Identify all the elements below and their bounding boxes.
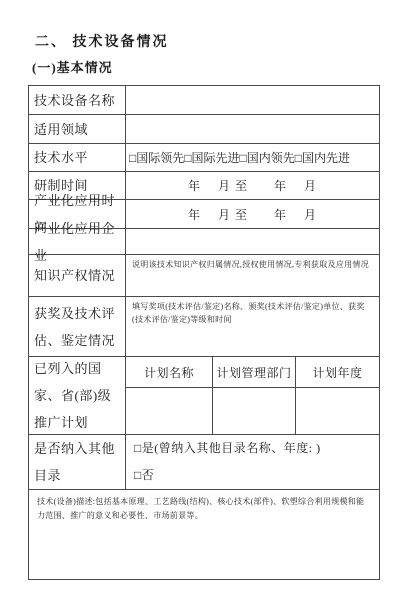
plan-name-cell <box>126 387 212 434</box>
row-promotion-plans: 已列入的国家、省(部)级推广计划 计划名称 计划管理部门 计划年度 <box>29 356 379 434</box>
row-industrialization-enterprise: 产业化应用企业 <box>29 228 379 254</box>
awards-appraisal-hint: 填写奖项(技术评估/鉴定)名称、颁奖(技术评估/鉴定)单位、获奖(技术评估/鉴定… <box>126 297 379 356</box>
promotion-plans-grid: 计划名称 计划管理部门 计划年度 <box>126 357 379 434</box>
industrialization-time-value: 年 月 至 年 月 <box>126 200 379 228</box>
equipment-description-hint: 技术(设备)描述:包括基本原理、工艺路线(结构)、核心技术(部件)、软塑综合利用… <box>29 490 379 579</box>
equipment-name-label: 技术设备名称 <box>29 86 126 114</box>
industrialization-enterprise-label: 产业化应用企业 <box>29 229 126 254</box>
checkbox-option-yes: □是(曾纳入其他目录名称、年度: ) <box>134 435 321 462</box>
row-tech-level: 技术水平 □国际领先 □国际先进 □国内领先 □国内先进 <box>29 143 379 171</box>
section-subheading: (一)基本情况 <box>32 57 113 76</box>
page-heading: 二、 技术设备情况 <box>35 31 169 51</box>
other-catalog-options: □是(曾纳入其他目录名称、年度: ) □否 <box>126 435 379 489</box>
tech-level-label: 技术水平 <box>29 144 126 171</box>
row-equipment-name: 技术设备名称 <box>29 86 379 114</box>
basic-info-table: 技术设备名称 适用领域 技术水平 □国际领先 □国际先进 □国内领先 □国内先进… <box>28 85 380 580</box>
development-time-value: 年 月 至 年 月 <box>126 172 379 199</box>
ip-status-label: 知识产权情况 <box>29 255 126 296</box>
plan-year-cell <box>295 387 379 434</box>
ip-status-hint: 说明该技术知识产权归属情况,授权使用情况,专利获取及应用情况 <box>126 255 379 296</box>
applicable-field-label: 适用领域 <box>29 115 126 143</box>
checkbox-option-intl-leading: □国际领先 <box>129 149 184 166</box>
equipment-name-value <box>126 86 379 114</box>
form-page: 二、 技术设备情况 (一)基本情况 技术设备名称 适用领域 技术水平 □国际领先… <box>0 0 401 606</box>
plan-department-header: 计划管理部门 <box>212 357 295 387</box>
row-applicable-field: 适用领域 <box>29 114 379 143</box>
checkbox-option-intl-advanced: □国际先进 <box>184 149 239 166</box>
plan-name-header: 计划名称 <box>126 357 212 387</box>
awards-appraisal-label: 获奖及技术评估、鉴定情况 <box>29 297 126 356</box>
row-description: 技术(设备)描述:包括基本原理、工艺路线(结构)、核心技术(部件)、软塑综合利用… <box>29 489 379 579</box>
row-other-catalog: 是否纳入其他目录 □是(曾纳入其他目录名称、年度: ) □否 <box>29 434 379 489</box>
row-awards-appraisal: 获奖及技术评估、鉴定情况 填写奖项(技术评估/鉴定)名称、颁奖(技术评估/鉴定)… <box>29 296 379 356</box>
checkbox-option-domestic-leading: □国内领先 <box>240 149 295 166</box>
other-catalog-label: 是否纳入其他目录 <box>29 435 126 489</box>
checkbox-option-no: □否 <box>134 462 154 489</box>
applicable-field-value <box>126 115 379 143</box>
plan-year-header: 计划年度 <box>295 357 379 387</box>
row-ip-status: 知识产权情况 说明该技术知识产权归属情况,授权使用情况,专利获取及应用情况 <box>29 254 379 296</box>
checkbox-option-domestic-advanced: □国内先进 <box>295 149 350 166</box>
promotion-plans-label: 已列入的国家、省(部)级推广计划 <box>29 357 126 434</box>
tech-level-options: □国际领先 □国际先进 □国内领先 □国内先进 <box>126 144 379 171</box>
industrialization-enterprise-value <box>126 229 379 254</box>
plan-department-cell <box>212 387 295 434</box>
